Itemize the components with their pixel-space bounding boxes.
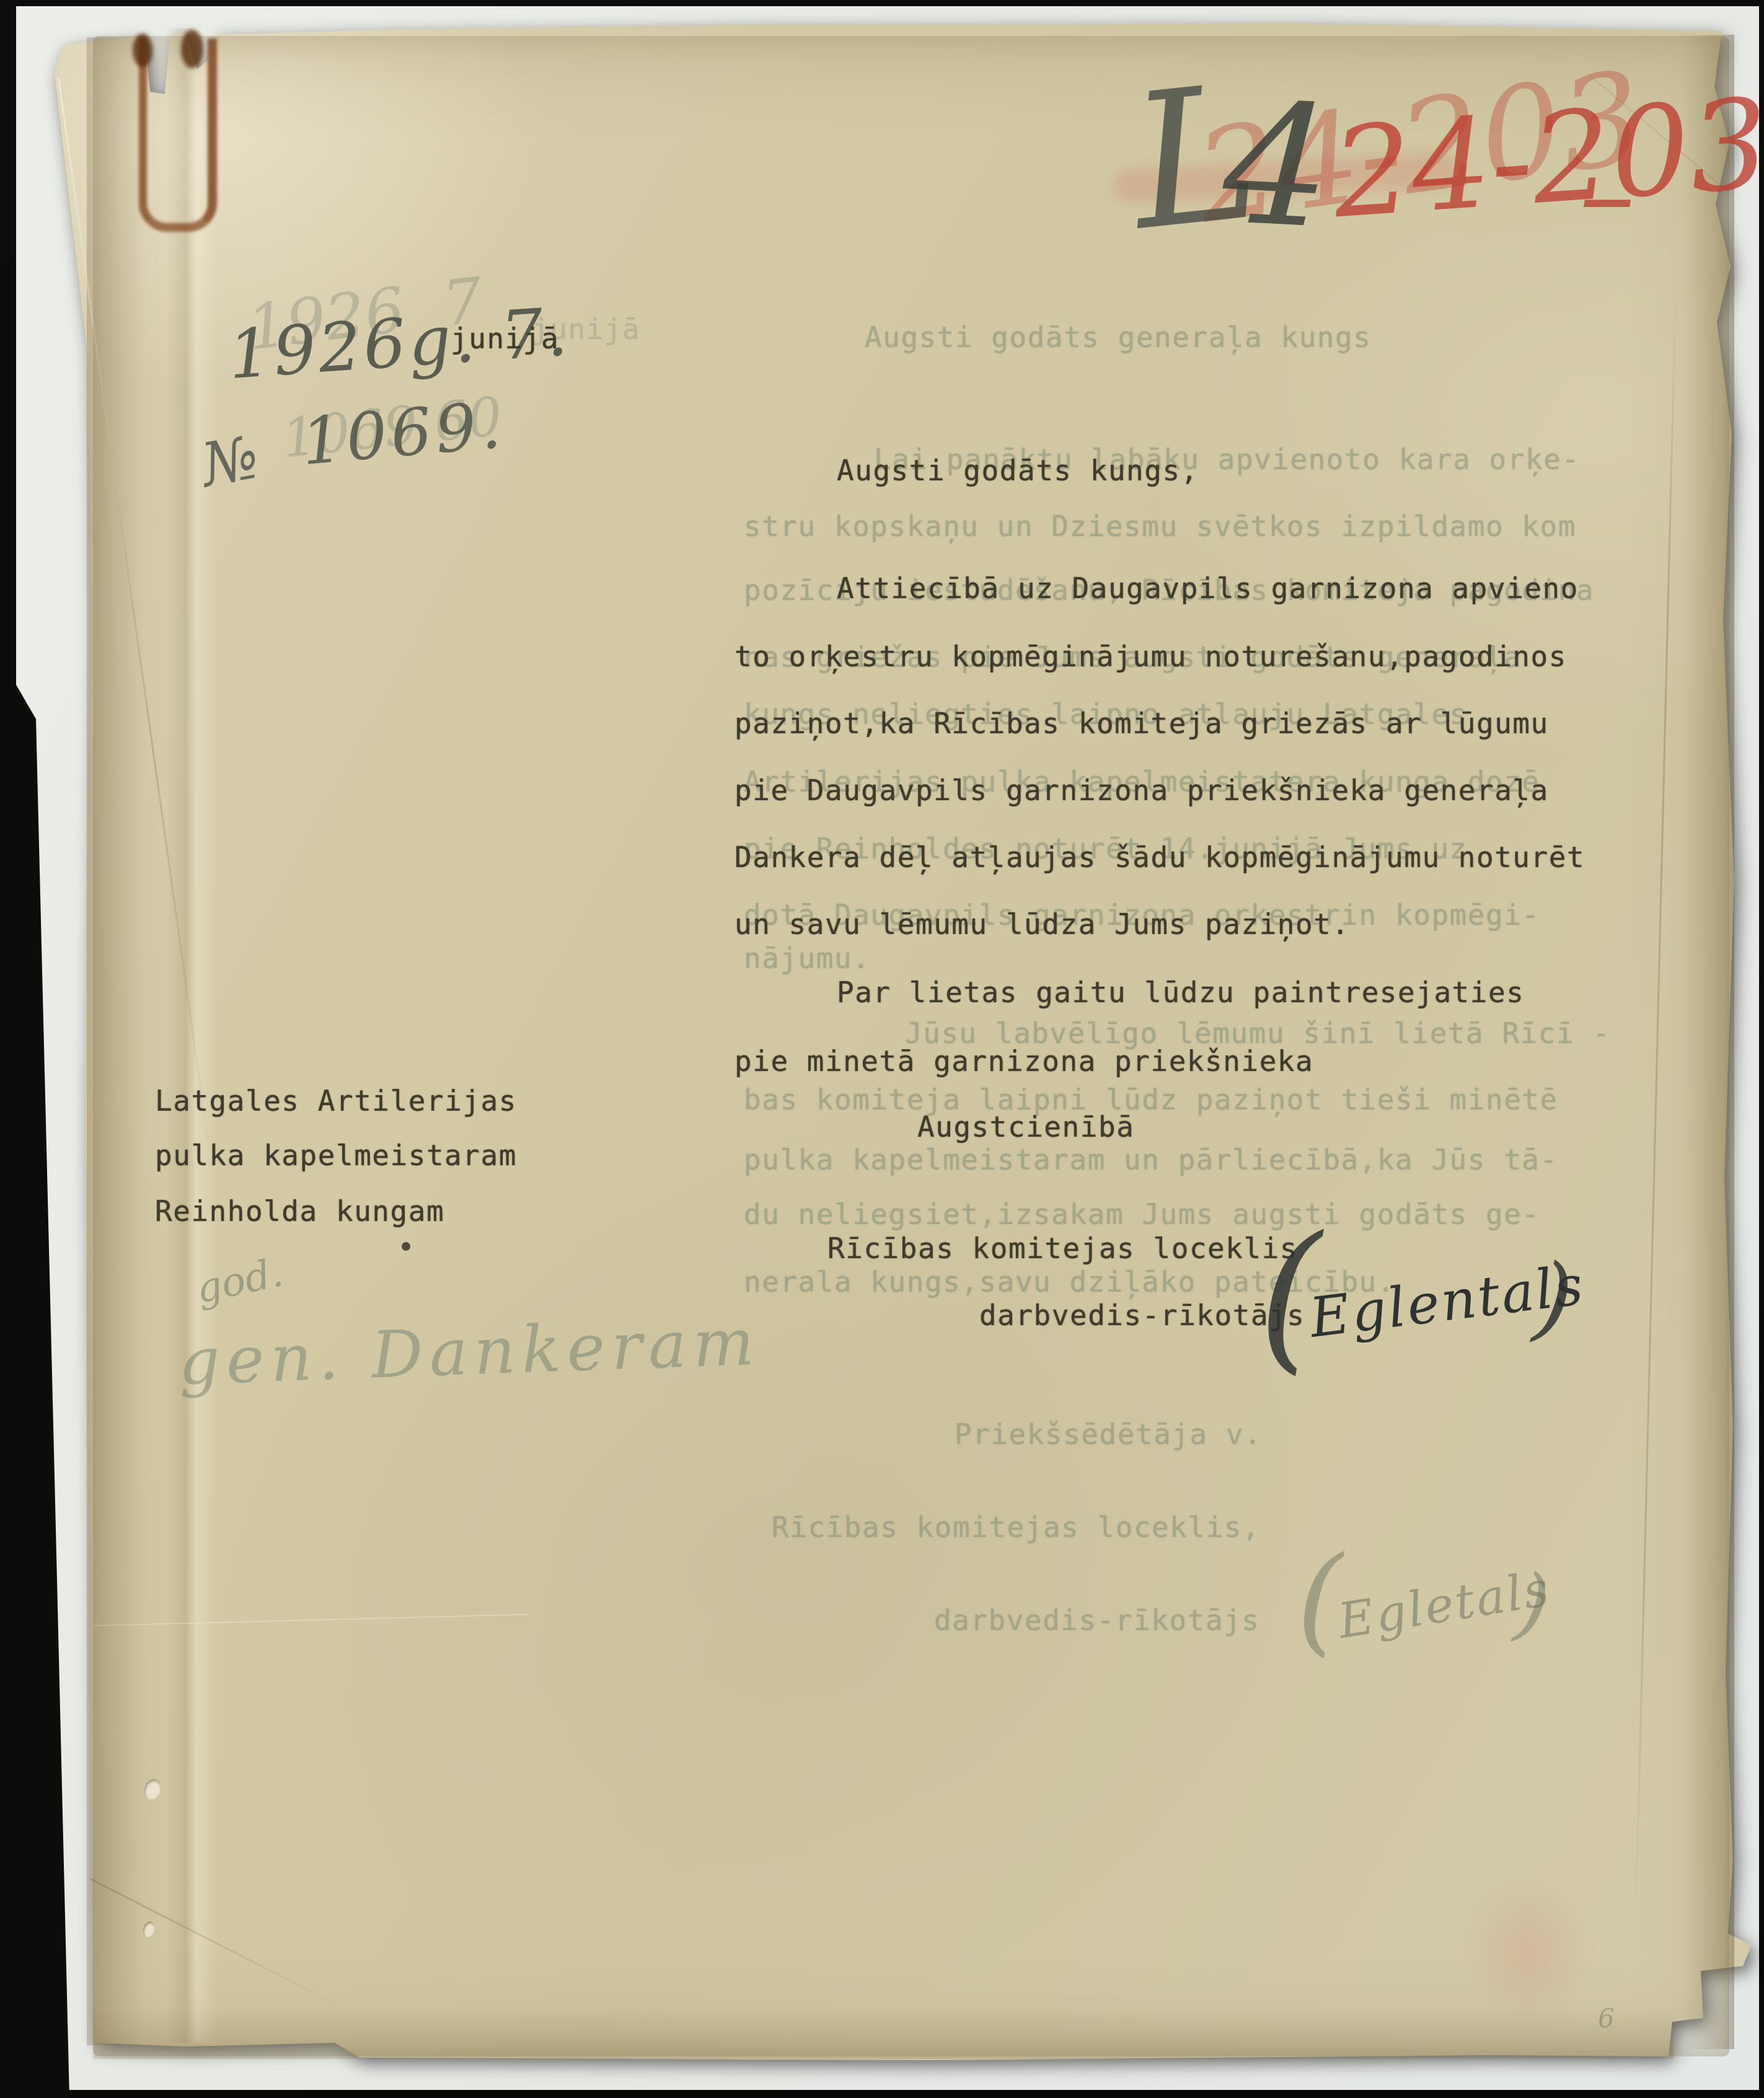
letter-line: Augsti godāts kungs, xyxy=(837,454,1199,487)
address-line: Latgales Artilerijas xyxy=(155,1085,517,1117)
bleed-line: Rīcības komitejas loceklis, xyxy=(772,1511,1260,1544)
bleed-line: pulka kapelmeistaram un pārliecībā,ka Jū… xyxy=(744,1144,1558,1176)
pencil-corner-mark: 6 xyxy=(1598,2003,1615,2034)
letter-signature-title: Rīcības komitejas loceklis xyxy=(827,1232,1298,1265)
number-sign: № xyxy=(196,422,264,500)
rust-blob xyxy=(133,33,152,67)
red-smudge xyxy=(1463,1877,1593,2025)
letter-signature-role: darbvedis-rīkotājs xyxy=(979,1299,1305,1332)
paperclip-rust-stain xyxy=(139,38,217,232)
letter-line: pie Daugavpils garnizona priekšnieka gen… xyxy=(734,774,1549,807)
pencil-digit-4: 4 xyxy=(1219,66,1336,267)
bleed-line: Priekšsēdētāja v. xyxy=(955,1418,1262,1451)
scanned-document: 24-203 24-203 – L 4 1926 7 junijā 1926g.… xyxy=(0,0,1764,2098)
letter-line: to orķestru kopmēginājumu noturešanu,pag… xyxy=(734,640,1567,673)
bleed-line: stru kopskaņu un Dziesmu svētkos izpilda… xyxy=(744,510,1576,543)
red-crayon-number: 24-203 xyxy=(1328,72,1764,247)
bleed-line: bas komiteja laipni lūdz paziņot tieši m… xyxy=(744,1083,1558,1116)
bleed-line: Augsti godāts generaļa kungs xyxy=(865,321,1371,354)
letter-line: un savu lēmumu lūdza Jums paziņot. xyxy=(734,908,1350,941)
bleed-line: du neliegsiet,izsakam Jums augsti godāts… xyxy=(744,1198,1540,1231)
letter-line: paziņot,ka Rīcības komiteja griezās ar l… xyxy=(734,707,1549,740)
letter-line: Attiecībā uz Daugavpils garnizona apvien… xyxy=(837,572,1579,605)
letter-line: Dankera dēļ atļaujas šādu kopmēginājumu … xyxy=(734,841,1585,874)
rust-blob xyxy=(181,30,203,68)
ink-speck xyxy=(402,1242,410,1251)
address-line: pulka kapelmeistaram xyxy=(155,1139,517,1172)
address-line: Reinholda kungam xyxy=(155,1195,444,1228)
month-typed: junijā xyxy=(451,322,559,355)
letter-closing: Augstcienībā xyxy=(917,1111,1134,1144)
letter-line: pie minetā garnizona priekšnieka xyxy=(734,1045,1313,1078)
red-crayon-dash: – xyxy=(1579,130,1635,260)
bleed-line: nājumu. xyxy=(744,942,870,975)
bleed-line: darbvedis-rīkotājs xyxy=(934,1604,1260,1637)
letter-line: Par lietas gaitu lūdzu paintresejaties xyxy=(837,976,1524,1009)
